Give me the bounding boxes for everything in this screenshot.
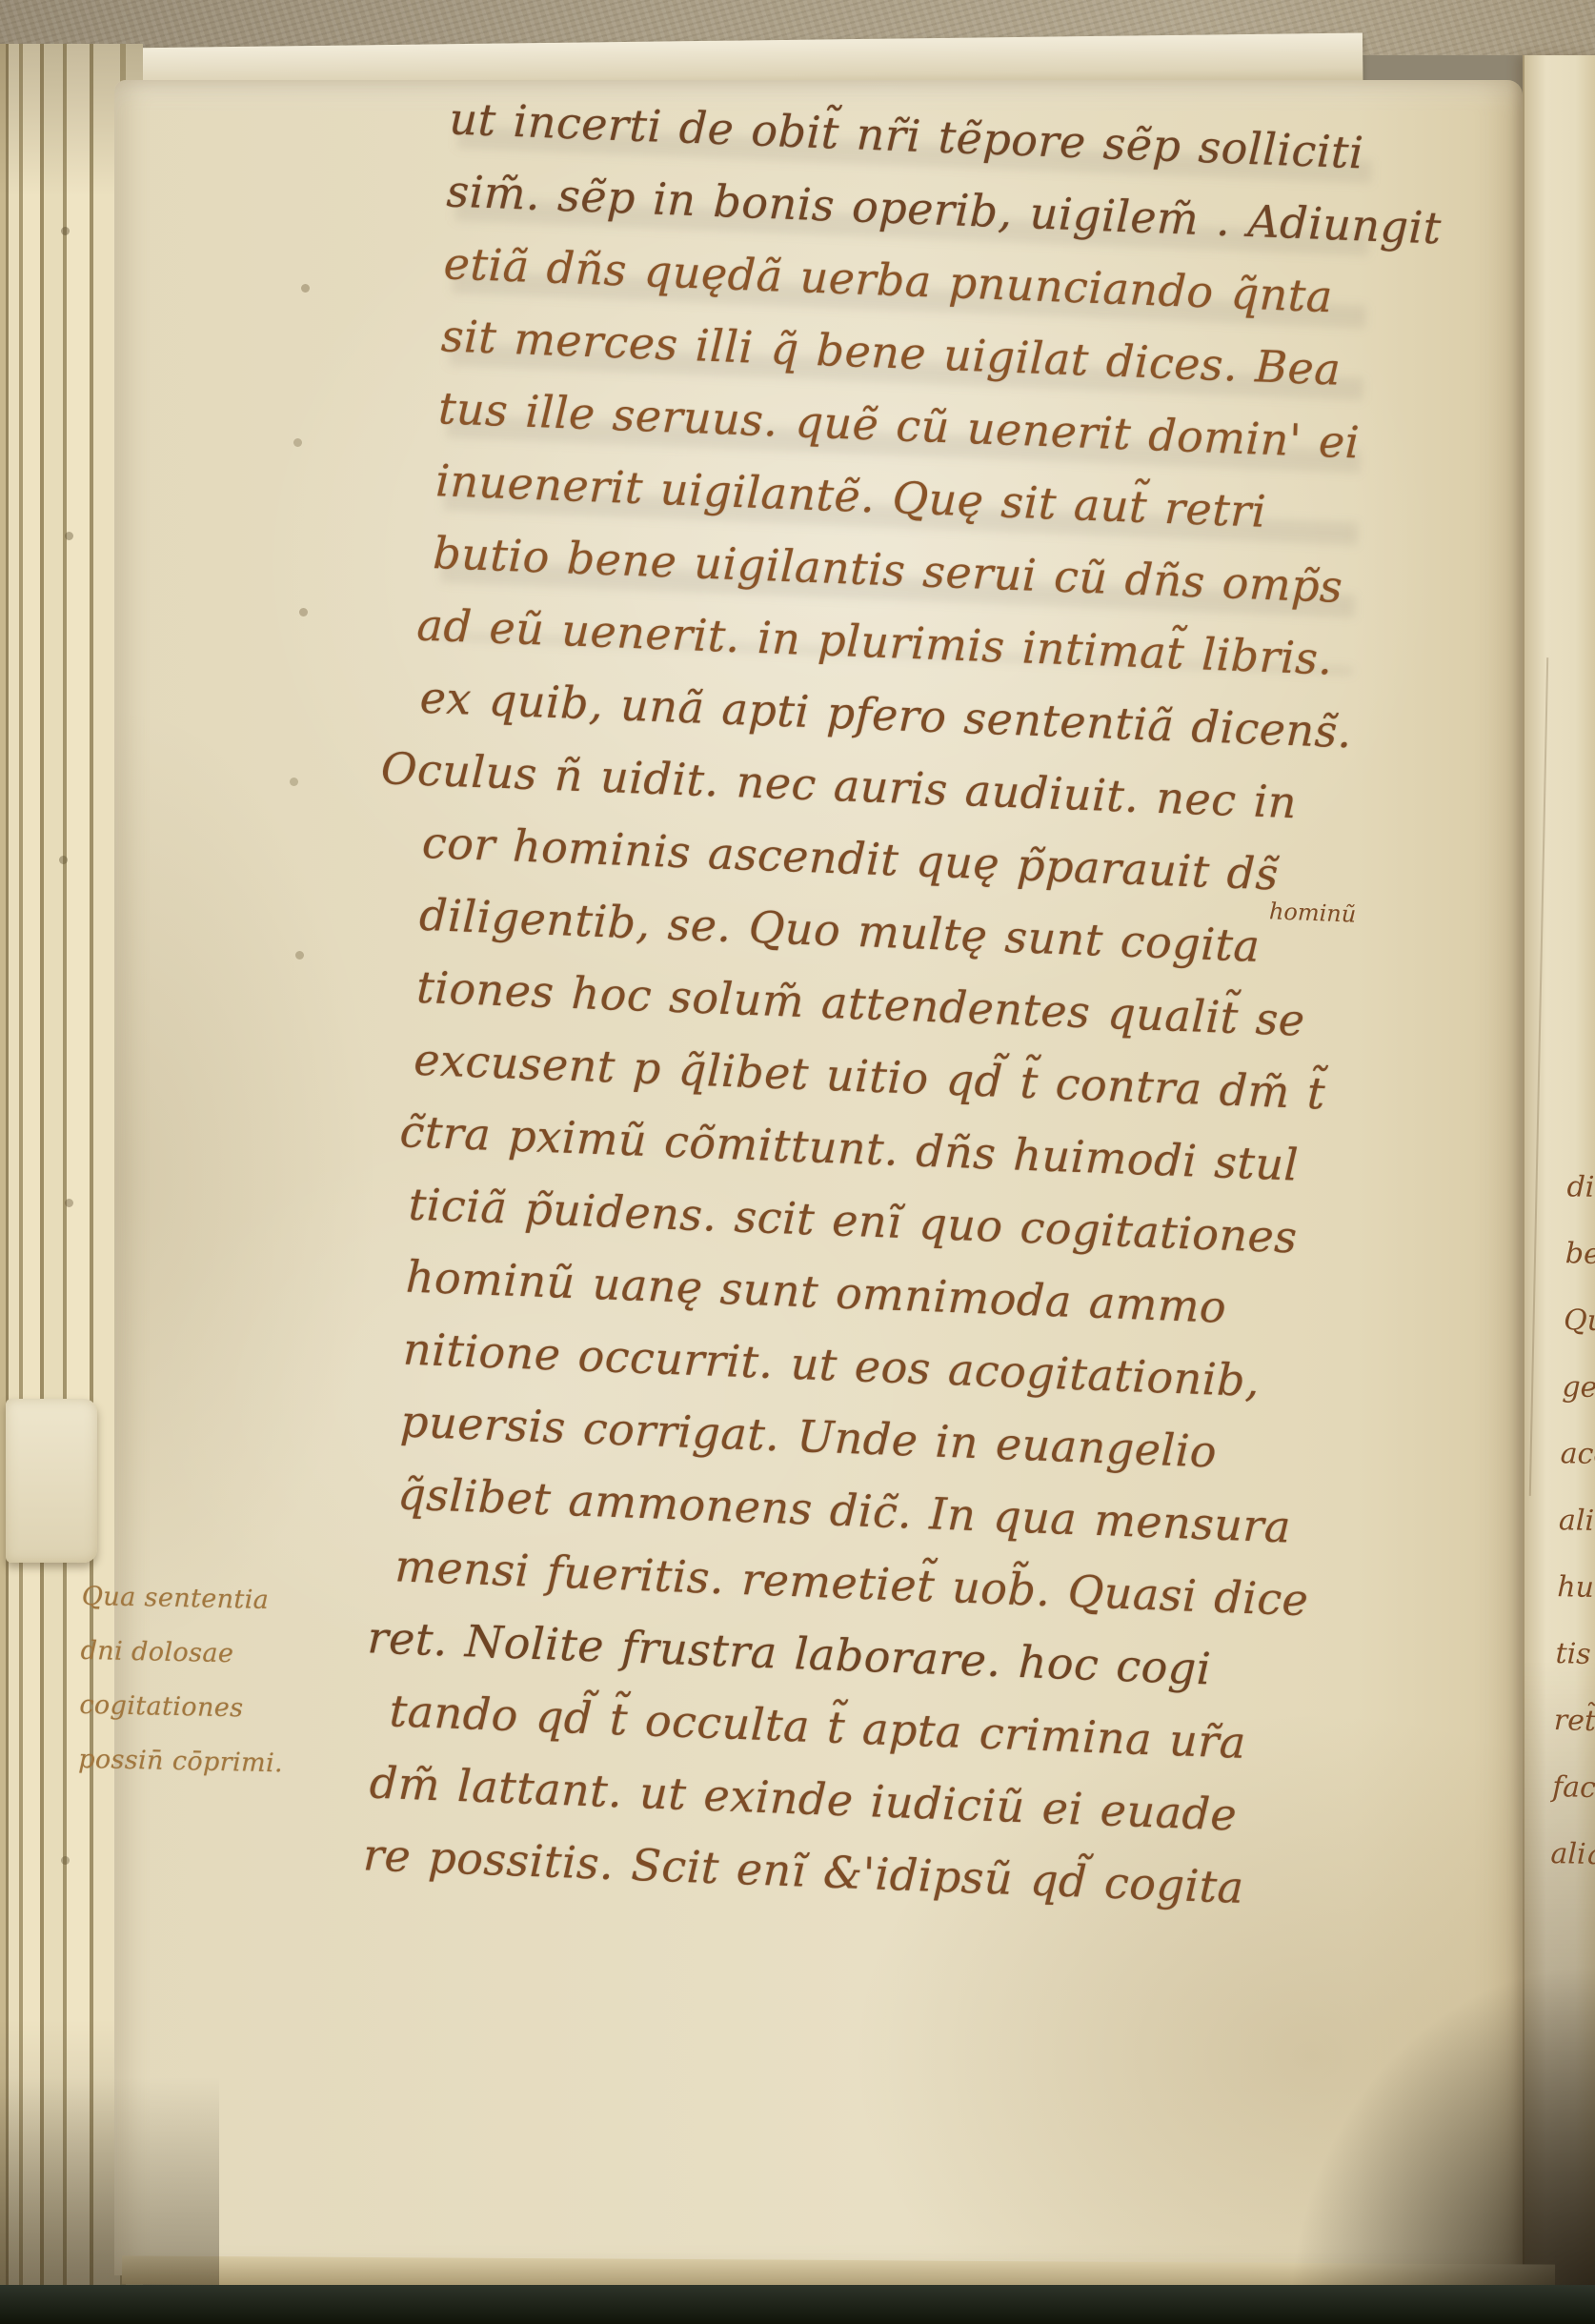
margin-note-line: cogitationes — [79, 1678, 366, 1738]
board-edge — [0, 2285, 1595, 2324]
margin-note-line: possin̄ cōprimi. — [78, 1732, 365, 1792]
fragment: ali — [1558, 1487, 1595, 1556]
bookmark-tab — [6, 1399, 97, 1563]
fragment: acc — [1560, 1421, 1595, 1489]
fragment: ger — [1562, 1354, 1595, 1423]
fragment: ret̃ — [1553, 1687, 1595, 1756]
fragment: Quę — [1563, 1287, 1595, 1356]
main-text: ut incerti de obit̃ nr̃i tẽpore sẽp soll… — [383, 82, 1480, 1930]
fragment: hu — [1556, 1554, 1595, 1623]
margin-note: Qua sententia dni dolosae cogitationes p… — [78, 1569, 369, 1792]
sewing-holes — [0, 0, 5, 5]
fragment: di — [1566, 1154, 1595, 1223]
bottom-right-shadow — [1286, 1963, 1595, 2324]
fragment: facia — [1551, 1754, 1595, 1823]
interlinear-gloss: hominũ — [1269, 898, 1357, 927]
margin-note-line: Qua sententia — [81, 1569, 368, 1629]
margin-note-line: dni dolosae — [80, 1624, 367, 1684]
fragment: bet — [1565, 1221, 1595, 1289]
manuscript-photo: ut incerti de obit̃ nr̃i tẽpore sẽp soll… — [0, 0, 1595, 2324]
fragment: aliq́ — [1550, 1821, 1595, 1890]
fragment: tis — [1555, 1621, 1595, 1689]
